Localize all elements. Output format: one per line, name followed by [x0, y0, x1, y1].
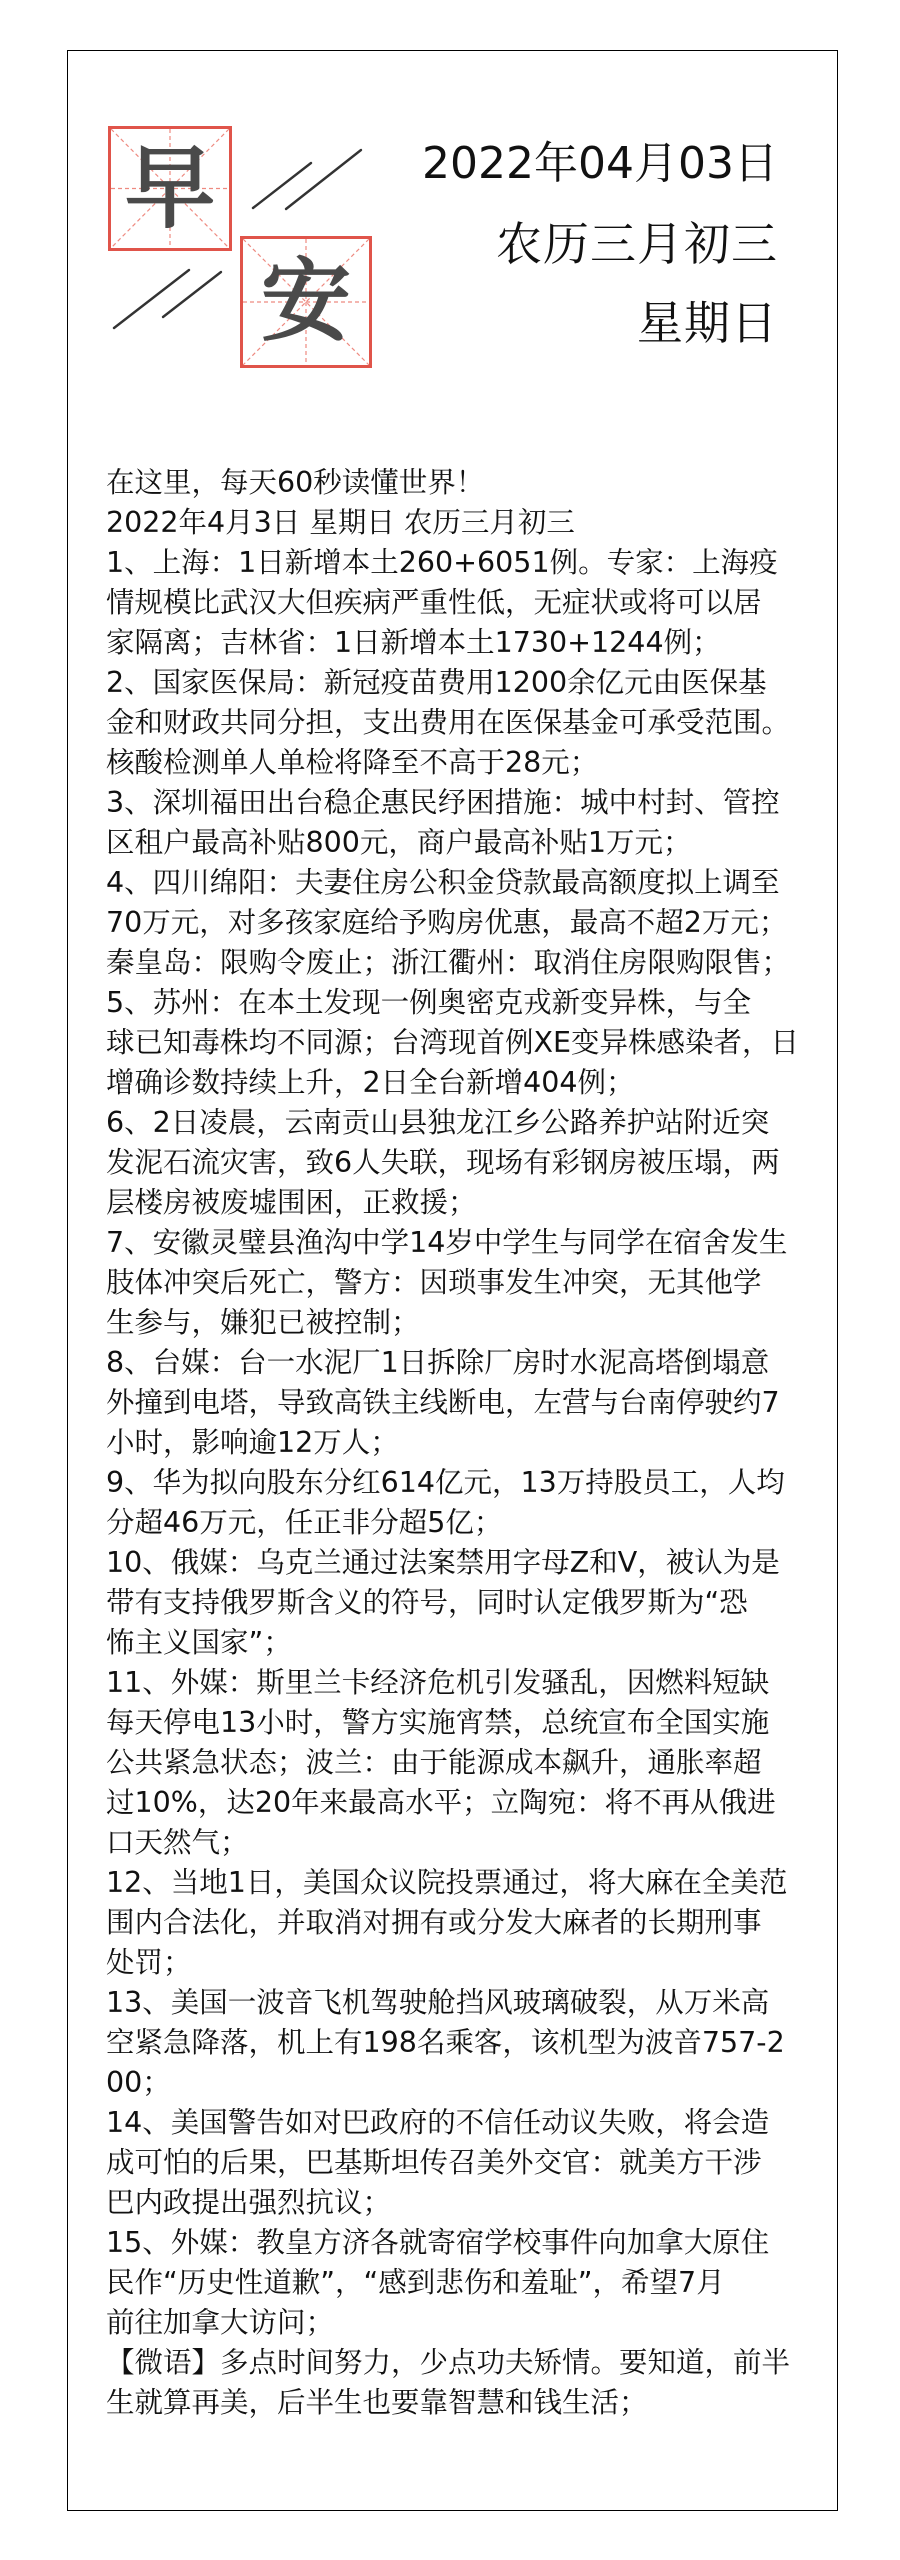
- news-line: 12、当地1日，美国众议院投票通过，将大麻在全美范: [106, 1863, 826, 1903]
- news-line: 区租户最高补贴800元，商户最高补贴1万元；: [106, 823, 826, 863]
- header-lunar-date: 农历三月初三: [496, 221, 778, 267]
- news-line: 10、俄媒：乌克兰通过法案禁用字母Z和V，被认为是: [106, 1543, 826, 1583]
- news-line: 秦皇岛：限购令废止；浙江衢州：取消住房限购限售；: [106, 943, 826, 983]
- news-line: 成可怕的后果，巴基斯坦传召美外交官：就美方干涉: [106, 2143, 826, 2183]
- news-item-15: 15、外媒：教皇方济各就寄宿学校事件向加拿大原住 民作“历史性道歉”，“感到悲伤…: [106, 2223, 826, 2343]
- news-line: 肢体冲突后死亡，警方：因琐事发生冲突，无其他学: [106, 1263, 826, 1303]
- news-line: 处罚；: [106, 1943, 826, 1983]
- news-item-8: 8、台媒：台一水泥厂1日拆除厂房时水泥高塔倒塌意 外撞到电塔，导致高铁主线断电，…: [106, 1343, 826, 1463]
- news-line: 带有支持俄罗斯含义的符号，同时认定俄罗斯为“恐: [106, 1583, 826, 1623]
- news-line: 6、2日凌晨，云南贡山县独龙江乡公路养护站附近突: [106, 1103, 826, 1143]
- news-line: 2、国家医保局：新冠疫苗费用1200余亿元由医保基: [106, 663, 826, 703]
- intro-slogan: 在这里，每天60秒读懂世界！: [106, 463, 826, 503]
- header-weekday: 星期日: [637, 300, 778, 346]
- news-line: 口天然气；: [106, 1823, 826, 1863]
- news-line: 围内合法化，并取消对拥有或分发大麻者的长期刑事: [106, 1903, 826, 1943]
- news-item-2: 2、国家医保局：新冠疫苗费用1200余亿元由医保基 金和财政共同分担，支出费用在…: [106, 663, 826, 783]
- news-line: 公共紧急状态；波兰：由于能源成本飙升，通胀率超: [106, 1743, 826, 1783]
- news-item-11: 11、外媒：斯里兰卡经济危机引发骚乱，因燃料短缺 每天停电13小时，警方实施宵禁…: [106, 1663, 826, 1863]
- news-line: 分超46万元，任正非分超5亿；: [106, 1503, 826, 1543]
- news-line: 情规模比武汉大但疾病严重性低，无症状或将可以居: [106, 583, 826, 623]
- news-line: 11、外媒：斯里兰卡经济危机引发骚乱，因燃料短缺: [106, 1663, 826, 1703]
- greeting-char-an: 安: [240, 236, 372, 368]
- news-item-12: 12、当地1日，美国众议院投票通过，将大麻在全美范 围内合法化，并取消对拥有或分…: [106, 1863, 826, 1983]
- news-line: 小时，影响逾12万人；: [106, 1423, 826, 1463]
- news-line: 9、华为拟向股东分红614亿元，13万持股员工，人均: [106, 1463, 826, 1503]
- intro-date: 2022年4月3日 星期日 农历三月初三: [106, 503, 826, 543]
- news-item-5: 5、苏州：在本土发现一例奥密克戎新变异株，与全 球已知毒株均不同源；台湾现首例X…: [106, 983, 826, 1103]
- news-line: 3、深圳福田出台稳企惠民纾困措施：城中村封、管控: [106, 783, 826, 823]
- news-line: 70万元，对多孩家庭给予购房优惠，最高不超2万元；: [106, 903, 826, 943]
- news-line: 发泥石流灾害，致6人失联，现场有彩钢房被压塌，两: [106, 1143, 826, 1183]
- news-line: 民作“历史性道歉”，“感到悲伤和羞耻”，希望7月: [106, 2263, 826, 2303]
- news-item-4: 4、四川绵阳：夫妻住房公积金贷款最高额度拟上调至 70万元，对多孩家庭给予购房优…: [106, 863, 826, 983]
- news-line: 7、安徽灵璧县渔沟中学14岁中学生与同学在宿舍发生: [106, 1223, 826, 1263]
- news-line: 8、台媒：台一水泥厂1日拆除厂房时水泥高塔倒塌意: [106, 1343, 826, 1383]
- greeting-char-zao: 早: [108, 126, 232, 251]
- news-item-9: 9、华为拟向股东分红614亿元，13万持股员工，人均 分超46万元，任正非分超5…: [106, 1463, 826, 1543]
- quote-line: 【微语】多点时间努力，少点功夫矫情。要知道，前半: [106, 2343, 826, 2383]
- greeting-box-an: 安: [240, 236, 372, 368]
- quote-line: 生就算再美，后半生也要靠智慧和钱生活；: [106, 2383, 826, 2423]
- news-line: 1、上海：1日新增本土260+6051例。专家：上海疫: [106, 543, 826, 583]
- news-line: 巴内政提出强烈抗议；: [106, 2183, 826, 2223]
- news-line: 00；: [106, 2063, 826, 2103]
- news-item-6: 6、2日凌晨，云南贡山县独龙江乡公路养护站附近突 发泥石流灾害，致6人失联，现场…: [106, 1103, 826, 1223]
- news-line: 核酸检测单人单检将降至不高于28元；: [106, 743, 826, 783]
- news-item-7: 7、安徽灵璧县渔沟中学14岁中学生与同学在宿舍发生 肢体冲突后死亡，警方：因琐事…: [106, 1223, 826, 1343]
- news-line: 空紧急降落，机上有198名乘客，该机型为波音757-2: [106, 2023, 826, 2063]
- news-line: 13、美国一波音飞机驾驶舱挡风玻璃破裂，从万米高: [106, 1983, 826, 2023]
- news-line: 5、苏州：在本土发现一例奥密克戎新变异株，与全: [106, 983, 826, 1023]
- greeting-box-zao: 早: [108, 126, 232, 251]
- news-line: 层楼房被废墟围困，正救援；: [106, 1183, 826, 1223]
- news-line: 外撞到电塔，导致高铁主线断电，左营与台南停驶约7: [106, 1383, 826, 1423]
- news-line: 过10%，达20年来最高水平；立陶宛：将不再从俄进: [106, 1783, 826, 1823]
- news-item-14: 14、美国警告如对巴政府的不信任动议失败，将会造 成可怕的后果，巴基斯坦传召美外…: [106, 2103, 826, 2223]
- news-line: 球已知毒株均不同源；台湾现首例XE变异株感染者，日: [106, 1023, 826, 1063]
- news-line: 增确诊数持续上升，2日全台新增404例；: [106, 1063, 826, 1103]
- daily-quote: 【微语】多点时间努力，少点功夫矫情。要知道，前半 生就算再美，后半生也要靠智慧和…: [106, 2343, 826, 2423]
- news-item-10: 10、俄媒：乌克兰通过法案禁用字母Z和V，被认为是 带有支持俄罗斯含义的符号，同…: [106, 1543, 826, 1663]
- news-line: 每天停电13小时，警方实施宵禁，总统宣布全国实施: [106, 1703, 826, 1743]
- news-line: 金和财政共同分担，支出费用在医保基金可承受范围。: [106, 703, 826, 743]
- news-line: 生参与，嫌犯已被控制；: [106, 1303, 826, 1343]
- news-line: 家隔离；吉林省：1日新增本土1730+1244例；: [106, 623, 826, 663]
- news-line: 15、外媒：教皇方济各就寄宿学校事件向加拿大原住: [106, 2223, 826, 2263]
- intro: 在这里，每天60秒读懂世界！ 2022年4月3日 星期日 农历三月初三: [106, 463, 826, 543]
- news-item-13: 13、美国一波音飞机驾驶舱挡风玻璃破裂，从万米高 空紧急降落，机上有198名乘客…: [106, 1983, 826, 2103]
- news-line: 怖主义国家”；: [106, 1623, 826, 1663]
- news-line: 14、美国警告如对巴政府的不信任动议失败，将会造: [106, 2103, 826, 2143]
- news-line: 4、四川绵阳：夫妻住房公积金贷款最高额度拟上调至: [106, 863, 826, 903]
- news-line: 前往加拿大访问；: [106, 2303, 826, 2343]
- news-item-1: 1、上海：1日新增本土260+6051例。专家：上海疫 情规模比武汉大但疾病严重…: [106, 543, 826, 663]
- news-item-3: 3、深圳福田出台稳企惠民纾困措施：城中村封、管控 区租户最高补贴800元，商户最…: [106, 783, 826, 863]
- news-body: 在这里，每天60秒读懂世界！ 2022年4月3日 星期日 农历三月初三 1、上海…: [106, 463, 826, 2423]
- header-date: 2022年04月03日: [422, 141, 778, 187]
